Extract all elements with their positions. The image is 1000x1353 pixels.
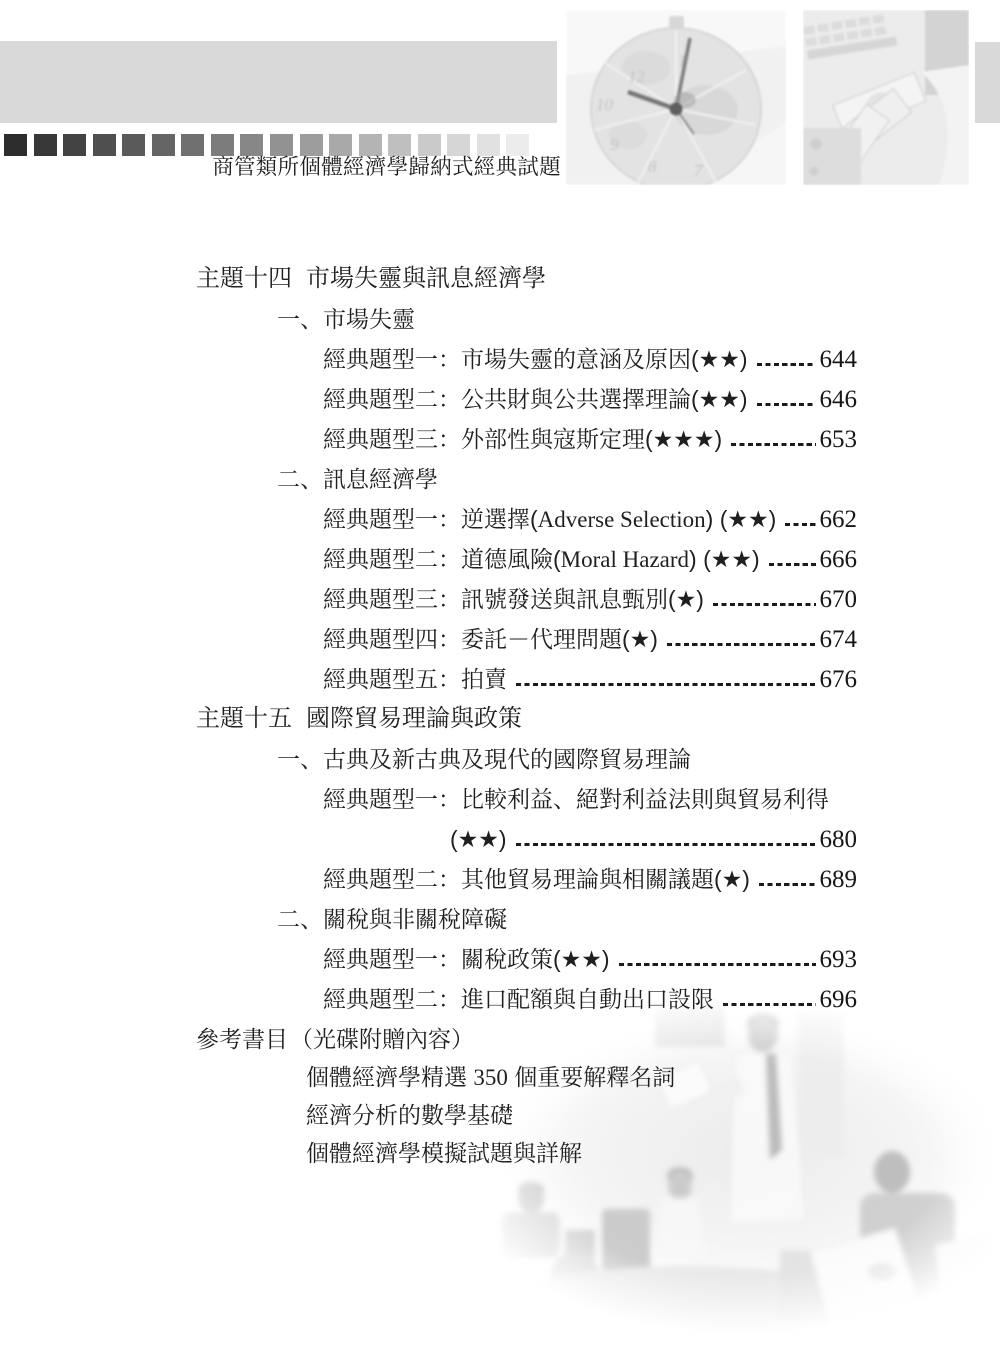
toc-row: 主題十四市場失靈與訊息經濟學 [196, 264, 546, 294]
toc-entry-text: 經典題型二：道德風險(Moral Hazard) (★★) [323, 544, 760, 575]
toc-row: 二、關稅與非關稅障礙 [277, 904, 507, 934]
gradient-square [270, 134, 293, 156]
toc-entry-text: 主題十五國際貿易理論與政策 [196, 704, 522, 734]
toc-row: 經典題型三：訊號發送與訊息甄別(★)670 [323, 584, 857, 614]
toc-entry-title: 市場失靈與訊息經濟學 [306, 265, 546, 292]
toc-entry-title: （光碟附贈內容） [290, 1026, 474, 1052]
gradient-square [93, 134, 116, 156]
page-number: 653 [820, 425, 858, 455]
svg-text:12: 12 [628, 67, 646, 86]
toc-row: 經典題型三：外部性與寇斯定理(★★★)653 [323, 424, 857, 454]
gradient-square [506, 134, 529, 156]
dotted-leader [769, 563, 816, 566]
page-number: 696 [820, 985, 858, 1015]
svg-text:10: 10 [596, 95, 614, 114]
toc-entry-text: 經典題型二：進口配額與自動出口設限 [323, 984, 714, 1014]
page-number: 670 [820, 585, 858, 615]
toc-entry-text: 經典題型二：公共財與公共選擇理論(★★) [323, 384, 748, 414]
toc-entry-text: 經典題型一：比較利益、絕對利益法則與貿易利得 [323, 784, 829, 814]
page-header: 12110 987 [0, 0, 1000, 200]
toc-row: 個體經濟學精選 350 個重要解釋名詞 [306, 1062, 675, 1092]
svg-text:8: 8 [648, 157, 657, 176]
toc-entry-text: 經典題型一：逆選擇(Adverse Selection) (★★) [323, 504, 776, 535]
banknotes-keyboard-photo [803, 10, 969, 185]
gradient-square [300, 134, 323, 156]
dotted-leader [731, 443, 815, 446]
toc-entry-text: 主題十四市場失靈與訊息經濟學 [196, 264, 546, 294]
toc-entry-text: 經典題型一：關稅政策(★★) [323, 944, 610, 974]
toc-row: 經典題型二：進口配額與自動出口設限696 [323, 984, 857, 1014]
toc-entry-text: 經典題型二：其他貿易理論與相關議題(★) [323, 864, 750, 894]
gradient-square [240, 134, 263, 156]
toc-row: 一、古典及新古典及現代的國際貿易理論 [277, 744, 691, 774]
toc-row: 經典題型二：道德風險(Moral Hazard) (★★)666 [323, 544, 857, 574]
book-page: 12110 987 [0, 0, 1000, 1353]
book-title: 商管類所個體經濟學歸納式經典試題 [212, 154, 561, 180]
dotted-leader [516, 843, 816, 846]
gradient-square [477, 134, 500, 156]
toc-row: 參考書目（光碟附贈內容） [196, 1024, 474, 1054]
toc-row: 主題十五國際貿易理論與政策 [196, 704, 522, 734]
toc-entry-text: (★★) [450, 824, 507, 854]
toc-row: 經典題型一：關稅政策(★★)693 [323, 944, 857, 974]
toc-entry-text: 二、關稅與非關稅障礙 [277, 904, 507, 934]
toc-row: 經濟分析的數學基礎 [306, 1100, 513, 1130]
toc-row: 經典題型一：市場失靈的意涵及原因(★★)644 [323, 344, 857, 374]
toc-row: 經典題型一：比較利益、絕對利益法則與貿易利得 [323, 784, 829, 814]
dotted-leader [757, 403, 816, 406]
toc-row: 經典題型五：拍賣676 [323, 664, 857, 694]
dotted-leader [757, 363, 816, 366]
gradient-square [63, 134, 86, 156]
toc-row: 二、訊息經濟學 [277, 464, 438, 494]
toc-entry-text: 參考書目（光碟附贈內容） [196, 1024, 474, 1054]
gradient-square [418, 134, 441, 156]
gradient-square [447, 134, 470, 156]
banknotes-illustration [803, 10, 969, 185]
dotted-leader [667, 643, 816, 646]
toc-row: 經典題型二：公共財與公共選擇理論(★★)646 [323, 384, 857, 414]
dotted-leader [759, 883, 816, 886]
gradient-square [359, 134, 382, 156]
page-number: 689 [820, 865, 858, 895]
gradient-square [181, 134, 204, 156]
table-of-contents: 主題十四市場失靈與訊息經濟學一、市場失靈經典題型一：市場失靈的意涵及原因(★★)… [0, 0, 1000, 1353]
toc-entry-label: 主題十四 [196, 265, 292, 292]
gradient-square [4, 134, 27, 156]
pocket-watch-illustration: 12110 987 [566, 10, 786, 185]
toc-entry-text: 經典題型三：外部性與寇斯定理(★★★) [323, 424, 722, 454]
toc-entry-text: 經典題型三：訊號發送與訊息甄別(★) [323, 584, 704, 614]
page-number: 674 [820, 625, 858, 655]
page-number: 646 [820, 385, 858, 415]
toc-entry-text: 經典題型一：市場失靈的意涵及原因(★★) [323, 344, 748, 374]
pocket-watch-photo: 12110 987 [566, 10, 786, 185]
page-number: 666 [820, 545, 858, 575]
page-number: 662 [820, 505, 858, 535]
toc-row: 個體經濟學模擬試題與詳解 [306, 1138, 582, 1168]
gradient-square [152, 134, 175, 156]
toc-entry-label: 參考書目 [196, 1026, 288, 1052]
toc-row: 經典題型四：委託－代理問題(★)674 [323, 624, 857, 654]
page-number: 644 [820, 345, 858, 375]
page-number: 693 [820, 945, 858, 975]
header-band-right-segment [975, 42, 1000, 123]
gradient-square [329, 134, 352, 156]
dotted-leader [516, 683, 816, 686]
toc-entry-text: 經典題型五：拍賣 [323, 664, 507, 694]
gradient-square [211, 134, 234, 156]
gradient-square [122, 134, 145, 156]
toc-row: 一、市場失靈 [277, 304, 415, 334]
svg-text:9: 9 [610, 135, 619, 154]
page-number: 680 [820, 825, 858, 855]
toc-entry-text: 個體經濟學模擬試題與詳解 [306, 1138, 582, 1168]
toc-entry-text: 經典題型四：委託－代理問題(★) [323, 624, 658, 654]
toc-entry-text: 一、市場失靈 [277, 304, 415, 334]
toc-row: 經典題型一：逆選擇(Adverse Selection) (★★)662 [323, 504, 857, 534]
page-number: 676 [820, 665, 858, 695]
toc-entry-text: 二、訊息經濟學 [277, 464, 438, 494]
dotted-leader [723, 1003, 816, 1006]
toc-row: (★★)680 [450, 824, 857, 854]
toc-row: 經典題型二：其他貿易理論與相關議題(★)689 [323, 864, 857, 894]
toc-entry-text: 一、古典及新古典及現代的國際貿易理論 [277, 744, 691, 774]
dotted-leader [619, 963, 816, 966]
toc-entry-text: 經濟分析的數學基礎 [306, 1100, 513, 1130]
toc-entry-text: 個體經濟學精選 350 個重要解釋名詞 [306, 1062, 675, 1093]
toc-entry-title: 國際貿易理論與政策 [306, 705, 522, 732]
toc-entry-label: 主題十五 [196, 705, 292, 732]
dotted-leader [785, 523, 815, 526]
gradient-square [388, 134, 411, 156]
dotted-leader [713, 603, 816, 606]
gradient-square [34, 134, 57, 156]
